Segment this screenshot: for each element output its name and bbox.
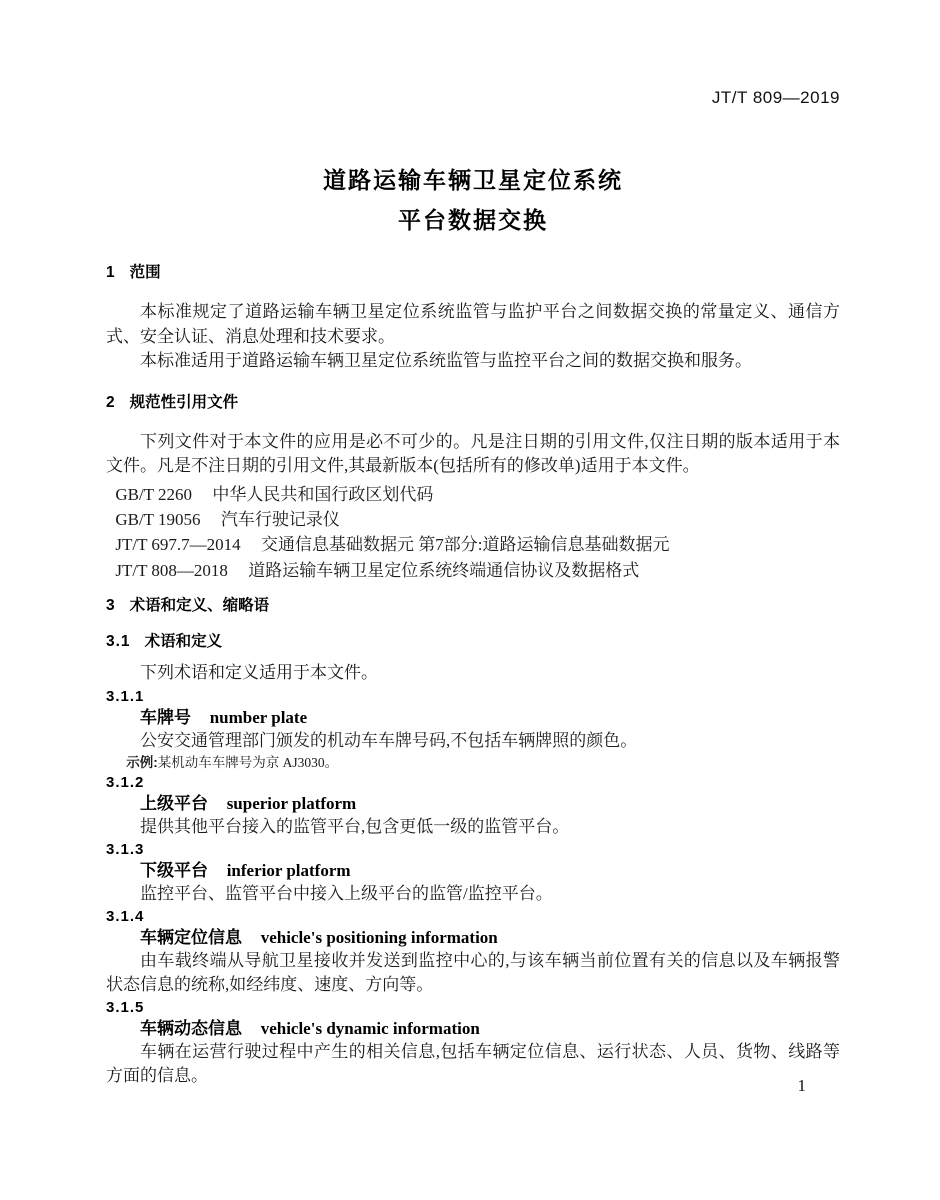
document-title-line1: 道路运输车辆卫星定位系统 xyxy=(106,160,840,200)
term-en: superior platform xyxy=(227,794,357,813)
section-3-1-title: 术语和定义 xyxy=(145,633,223,650)
term-zh: 车辆定位信息 xyxy=(140,928,242,947)
reference-item: GB/T 2260中华人民共和国行政区划代码 xyxy=(115,482,840,507)
term-zh: 车牌号 xyxy=(140,708,191,727)
term-heading: 下级平台inferior platform xyxy=(106,860,840,882)
term-heading: 上级平台superior platform xyxy=(106,793,840,815)
term-zh: 下级平台 xyxy=(140,861,208,880)
clause-number: 3.1.3 xyxy=(106,839,840,860)
reference-title: 交通信息基础数据元 第7部分:道路运输信息基础数据元 xyxy=(261,535,669,554)
section-2-number: 2 xyxy=(106,394,116,411)
term-heading: 车辆动态信息vehicle's dynamic information xyxy=(106,1018,840,1040)
page-number: 1 xyxy=(798,1076,807,1096)
clause-number: 3.1.2 xyxy=(106,772,840,793)
term-definition: 公安交通管理部门颁发的机动车车牌号码,不包括车辆牌照的颜色。 xyxy=(106,729,840,753)
example-note: 示例:某机动车车牌号为京 AJ3030。 xyxy=(126,753,840,772)
section-2-paragraph-1: 下列文件对于本文件的应用是必不可少的。凡是注日期的引用文件,仅注日期的版本适用于… xyxy=(106,430,840,479)
reference-item: JT/T 697.7—2014交通信息基础数据元 第7部分:道路运输信息基础数据… xyxy=(115,532,840,557)
term-en: inferior platform xyxy=(227,861,351,880)
reference-item: JT/T 808—2018道路运输车辆卫星定位系统终端通信协议及数据格式 xyxy=(115,558,840,583)
section-2-heading: 2规范性引用文件 xyxy=(106,392,840,414)
term-heading: 车辆定位信息vehicle's positioning information xyxy=(106,927,840,949)
term-en: vehicle's dynamic information xyxy=(261,1019,480,1038)
reference-code: GB/T 2260 xyxy=(115,485,192,504)
term-en: number plate xyxy=(210,708,307,727)
reference-title: 道路运输车辆卫星定位系统终端通信协议及数据格式 xyxy=(248,561,639,580)
clause-number: 3.1.4 xyxy=(106,906,840,927)
section-1-number: 1 xyxy=(106,264,116,281)
reference-code: JT/T 808—2018 xyxy=(115,561,228,580)
term-zh: 车辆动态信息 xyxy=(140,1019,242,1038)
document-title-line2: 平台数据交换 xyxy=(106,200,840,240)
clause-number: 3.1.1 xyxy=(106,686,840,707)
standard-code: JT/T 809—2019 xyxy=(106,88,840,108)
term-zh: 上级平台 xyxy=(140,794,208,813)
example-text: 某机动车车牌号为京 AJ3030。 xyxy=(158,755,338,770)
section-3-number: 3 xyxy=(106,597,116,614)
terms-intro: 下列术语和定义适用于本文件。 xyxy=(106,661,840,686)
section-3-heading: 3术语和定义、缩略语 xyxy=(106,595,840,617)
term-heading: 车牌号number plate xyxy=(106,707,840,729)
term-definition: 车辆在运营行驶过程中产生的相关信息,包括车辆定位信息、运行状态、人员、货物、线路… xyxy=(106,1040,840,1088)
term-definition: 由车载终端从导航卫星接收并发送到监控中心的,与该车辆当前位置有关的信息以及车辆报… xyxy=(106,949,840,997)
clause-number: 3.1.5 xyxy=(106,997,840,1018)
section-2-title: 规范性引用文件 xyxy=(130,394,239,411)
section-1-paragraph-2: 本标准适用于道路运输车辆卫星定位系统监管与监控平台之间的数据交换和服务。 xyxy=(106,349,840,374)
reference-title: 汽车行驶记录仪 xyxy=(221,510,340,529)
normative-references-list: GB/T 2260中华人民共和国行政区划代码 GB/T 19056汽车行驶记录仪… xyxy=(106,482,840,584)
term-definition: 提供其他平台接入的监管平台,包含更低一级的监管平台。 xyxy=(106,815,840,839)
term-definition: 监控平台、监管平台中接入上级平台的监管/监控平台。 xyxy=(106,882,840,906)
document-title: 道路运输车辆卫星定位系统 平台数据交换 xyxy=(106,160,840,240)
term-en: vehicle's positioning information xyxy=(261,928,498,947)
section-3-title: 术语和定义、缩略语 xyxy=(130,597,270,614)
section-1-paragraph-1: 本标准规定了道路运输车辆卫星定位系统监管与监护平台之间数据交换的常量定义、通信方… xyxy=(106,300,840,349)
example-label: 示例: xyxy=(126,755,158,770)
section-3-1-heading: 3.1术语和定义 xyxy=(106,631,840,653)
reference-code: GB/T 19056 xyxy=(115,510,200,529)
reference-item: GB/T 19056汽车行驶记录仪 xyxy=(115,507,840,532)
section-1-title: 范围 xyxy=(130,264,161,281)
section-1-heading: 1范围 xyxy=(106,262,840,284)
document-page: JT/T 809—2019 道路运输车辆卫星定位系统 平台数据交换 1范围 本标… xyxy=(0,0,940,1200)
reference-code: JT/T 697.7—2014 xyxy=(115,535,240,554)
reference-title: 中华人民共和国行政区划代码 xyxy=(212,485,433,504)
section-3-1-number: 3.1 xyxy=(106,633,131,650)
